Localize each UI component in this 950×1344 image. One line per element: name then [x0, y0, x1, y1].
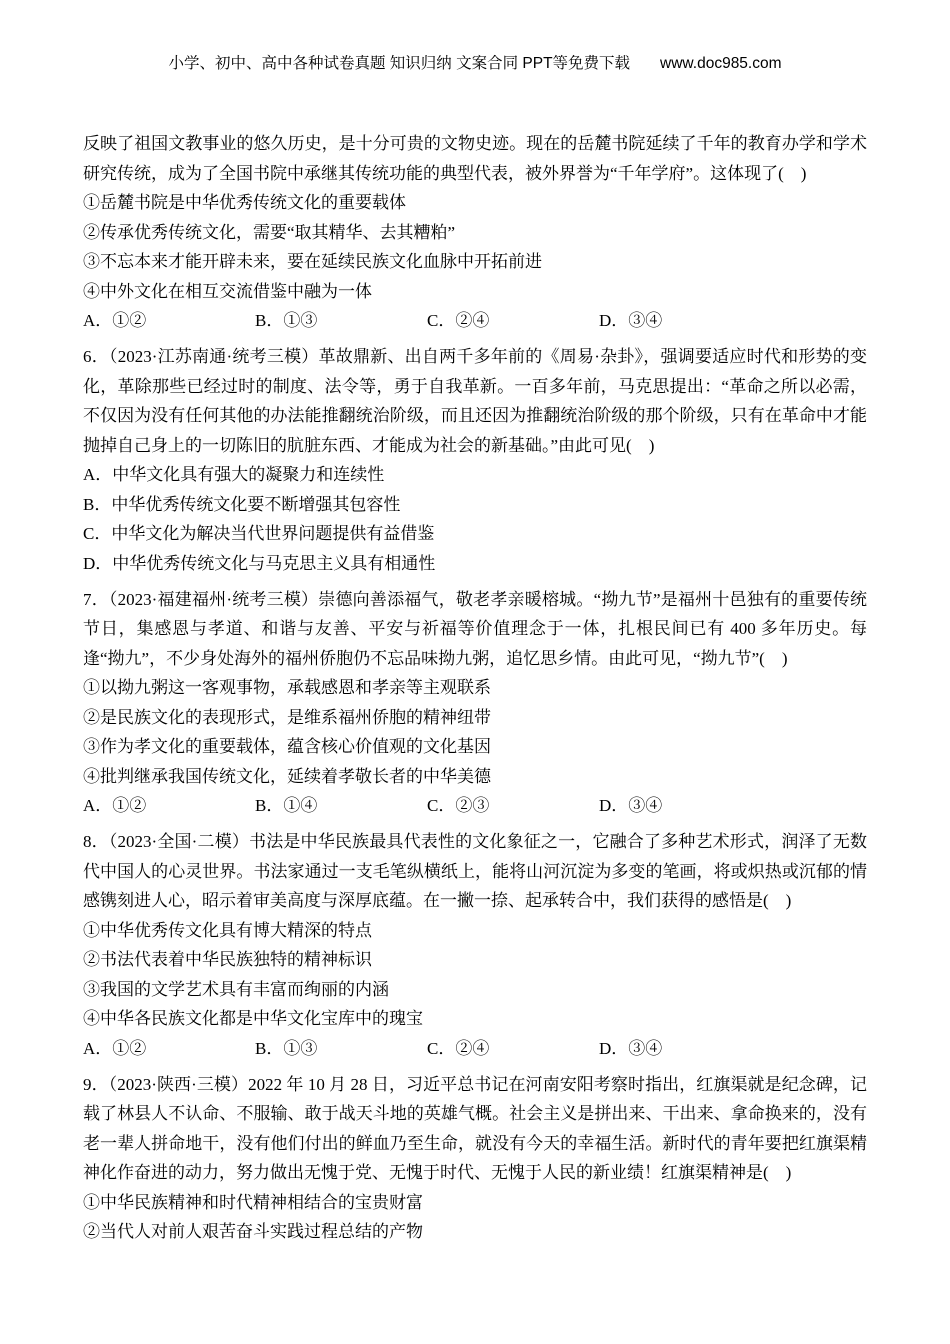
statement-item-1: ①以拗九粥这一客观事物，承载感恩和孝亲等主观联系 — [83, 673, 867, 703]
statement-item-1: ①中华民族精神和时代精神相结合的宝贵财富 — [83, 1188, 867, 1218]
statement-item-4: ④中华各民族文化都是中华文化宝库中的瑰宝 — [83, 1004, 867, 1034]
option-b: B．①③ — [255, 306, 427, 336]
option-c: C．②④ — [427, 1034, 599, 1064]
options-row: A．①② B．①④ C．②③ D．③④ — [83, 791, 867, 821]
question-stem: 6．（2023·江苏南通·统考三模）革故鼎新、出自两千多年前的《周易·杂卦》，强… — [83, 342, 867, 460]
question-7: 7．（2023·福建福州·统考三模）崇德向善添福气，敬老孝亲暖榕城。“拗九节”是… — [83, 585, 867, 821]
options-row: A．①② B．①③ C．②④ D．③④ — [83, 306, 867, 336]
question-5-continuation: 反映了祖国文教事业的悠久历史，是十分可贵的文物史迹。现在的岳麓书院延续了千年的教… — [83, 129, 867, 336]
option-c: C．②③ — [427, 791, 599, 821]
option-d: D．③④ — [599, 1034, 662, 1064]
option-a: A．①② — [83, 791, 255, 821]
option-d: D．中华优秀传统文化与马克思主义具有相通性 — [83, 549, 867, 579]
document-body: 反映了祖国文教事业的悠久历史，是十分可贵的文物史迹。现在的岳麓书院延续了千年的教… — [83, 129, 867, 1247]
statement-item-2: ②是民族文化的表现形式，是维系福州侨胞的精神纽带 — [83, 703, 867, 733]
option-d: D．③④ — [599, 791, 662, 821]
option-c: C．中华文化为解决当代世界问题提供有益借鉴 — [83, 519, 867, 549]
option-b: B．①④ — [255, 791, 427, 821]
statement-item-1: ①中华优秀传文化具有博大精深的特点 — [83, 916, 867, 946]
question-number: 6． — [83, 347, 109, 366]
header-tagline: 小学、初中、高中各种试卷真题 知识归纳 文案合同 PPT等免费下载 — [168, 55, 630, 72]
statement-item-3: ③我国的文学艺术具有丰富而绚丽的内涵 — [83, 975, 867, 1005]
question-stem: 8．（2023·全国·二模）书法是中华民族最具代表性的文化象征之一，它融合了多种… — [83, 827, 867, 916]
question-9: 9．（2023·陕西·三模）2022 年 10 月 28 日，习近平总书记在河南… — [83, 1070, 867, 1247]
question-8: 8．（2023·全国·二模）书法是中华民族最具代表性的文化象征之一，它融合了多种… — [83, 827, 867, 1063]
question-stem: 9．（2023·陕西·三模）2022 年 10 月 28 日，习近平总书记在河南… — [83, 1070, 867, 1188]
statement-item-2: ②书法代表着中华民族独特的精神标识 — [83, 945, 867, 975]
question-number: 7． — [83, 590, 109, 609]
question-number: 9． — [83, 1075, 109, 1094]
question-stem: 反映了祖国文教事业的悠久历史，是十分可贵的文物史迹。现在的岳麓书院延续了千年的教… — [83, 129, 867, 188]
option-b: B．①③ — [255, 1034, 427, 1064]
document-page: 小学、初中、高中各种试卷真题 知识归纳 文案合同 PPT等免费下载www.doc… — [0, 0, 950, 1344]
header-site-url: www.doc985.com — [660, 55, 781, 72]
question-stem-text: （2023·全国·二模）书法是中华民族最具代表性的文化象征之一，它融合了多种艺术… — [83, 832, 867, 910]
question-stem: 7．（2023·福建福州·统考三模）崇德向善添福气，敬老孝亲暖榕城。“拗九节”是… — [83, 585, 867, 674]
option-b: B．中华优秀传统文化要不断增强其包容性 — [83, 490, 867, 520]
question-stem-text: （2023·陕西·三模）2022 年 10 月 28 日，习近平总书记在河南安阳… — [83, 1075, 867, 1183]
statement-item-4: ④中外文化在相互交流借鉴中融为一体 — [83, 277, 867, 307]
question-number: 8． — [83, 832, 109, 851]
option-a: A．①② — [83, 1034, 255, 1064]
option-a: A．中华文化具有强大的凝聚力和连续性 — [83, 460, 867, 490]
statement-item-3: ③作为孝文化的重要载体，蕴含核心价值观的文化基因 — [83, 732, 867, 762]
site-header: 小学、初中、高中各种试卷真题 知识归纳 文案合同 PPT等免费下载www.doc… — [0, 54, 950, 74]
statement-item-3: ③不忘本来才能开辟未来，要在延续民族文化血脉中开拓前进 — [83, 247, 867, 277]
statement-item-2: ②传承优秀传统文化，需要“取其精华、去其糟粕” — [83, 218, 867, 248]
question-stem-text: （2023·福建福州·统考三模）崇德向善添福气，敬老孝亲暖榕城。“拗九节”是福州… — [83, 590, 867, 668]
options-row: A．①② B．①③ C．②④ D．③④ — [83, 1034, 867, 1064]
statement-item-1: ①岳麓书院是中华优秀传统文化的重要载体 — [83, 188, 867, 218]
statement-item-2: ②当代人对前人艰苦奋斗实践过程总结的产物 — [83, 1217, 867, 1247]
question-stem-text: （2023·江苏南通·统考三模）革故鼎新、出自两千多年前的《周易·杂卦》，强调要… — [83, 347, 867, 455]
option-a: A．①② — [83, 306, 255, 336]
option-d: D．③④ — [599, 306, 662, 336]
statement-item-4: ④批判继承我国传统文化，延续着孝敬长者的中华美德 — [83, 762, 867, 792]
option-c: C．②④ — [427, 306, 599, 336]
question-6: 6．（2023·江苏南通·统考三模）革故鼎新、出自两千多年前的《周易·杂卦》，强… — [83, 342, 867, 578]
